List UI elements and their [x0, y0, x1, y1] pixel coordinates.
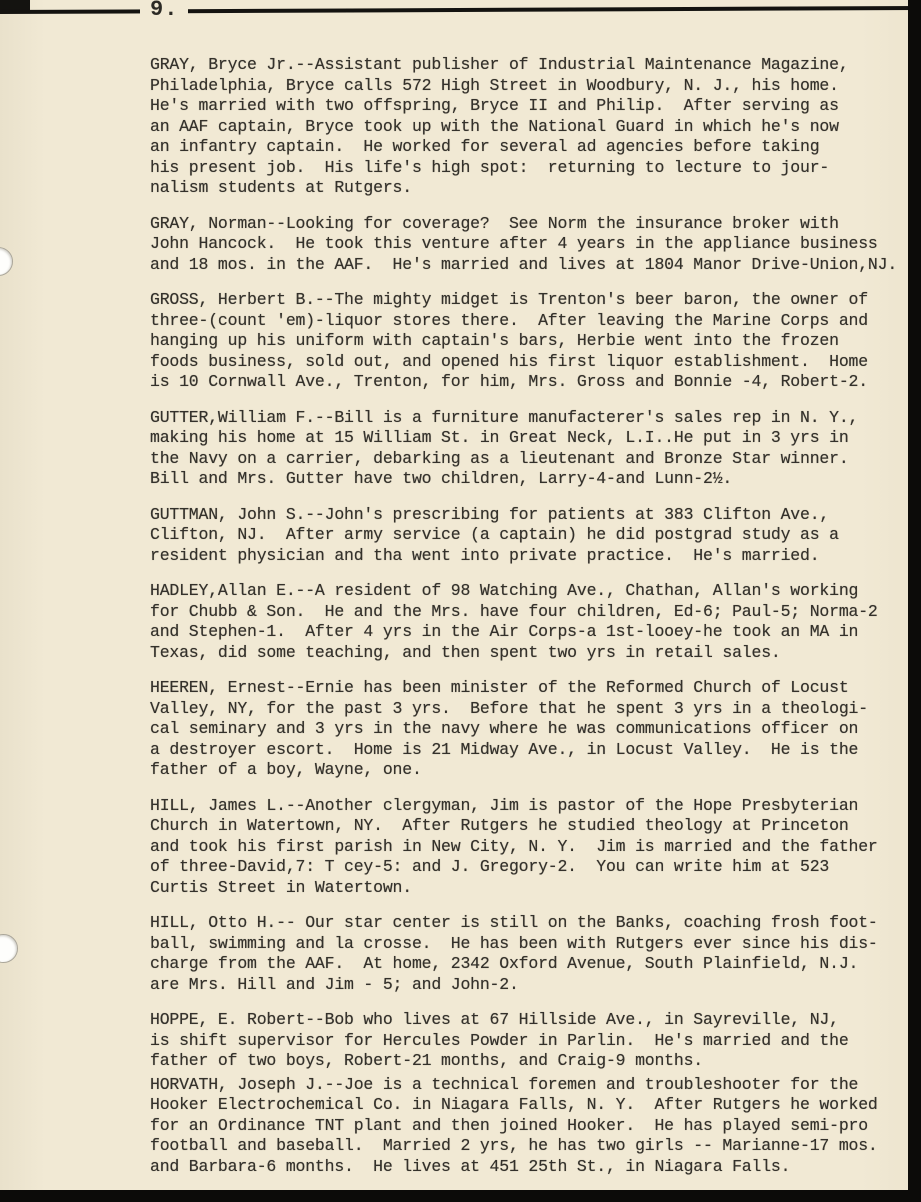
- directory-entries: GRAY, Bryce Jr.--Assistant publisher of …: [150, 55, 897, 1177]
- directory-entry-guttman-john: GUTTMAN, John S.--John's prescribing for…: [150, 505, 897, 567]
- scanned-document-page: 9. GRAY, Bryce Jr.--Assistant publisher …: [0, 0, 921, 1202]
- scan-border-top: [0, 6, 921, 14]
- directory-entry-gross-herbert: GROSS, Herbert B.--The mighty midget is …: [150, 290, 897, 393]
- directory-entry-gray-norman: GRAY, Norman--Looking for coverage? See …: [150, 214, 897, 276]
- directory-entry-hill-otto: HILL, Otto H.-- Our star center is still…: [150, 913, 897, 995]
- directory-entry-hadley-allan: HADLEY,Allan E.--A resident of 98 Watchi…: [150, 581, 897, 663]
- directory-entry-gray-bryce: GRAY, Bryce Jr.--Assistant publisher of …: [150, 55, 897, 199]
- scan-border-bottom: [0, 1190, 921, 1202]
- directory-entry-hill-james: HILL, James L.--Another clergyman, Jim i…: [150, 796, 897, 899]
- punch-hole-bottom: [0, 934, 18, 963]
- directory-entry-hoppe-robert: HOPPE, E. Robert--Bob who lives at 67 Hi…: [150, 1010, 897, 1072]
- directory-entry-heeren-ernest: HEEREN, Ernest--Ernie has been minister …: [150, 678, 897, 781]
- punch-hole-top: [0, 247, 13, 276]
- directory-entry-gutter-william: GUTTER,William F.--Bill is a furniture m…: [150, 408, 897, 490]
- scan-border-right: [908, 0, 921, 1202]
- directory-entry-horvath-joseph: HORVATH, Joseph J.--Joe is a technical f…: [150, 1075, 897, 1178]
- page-number: 9.: [140, 0, 188, 24]
